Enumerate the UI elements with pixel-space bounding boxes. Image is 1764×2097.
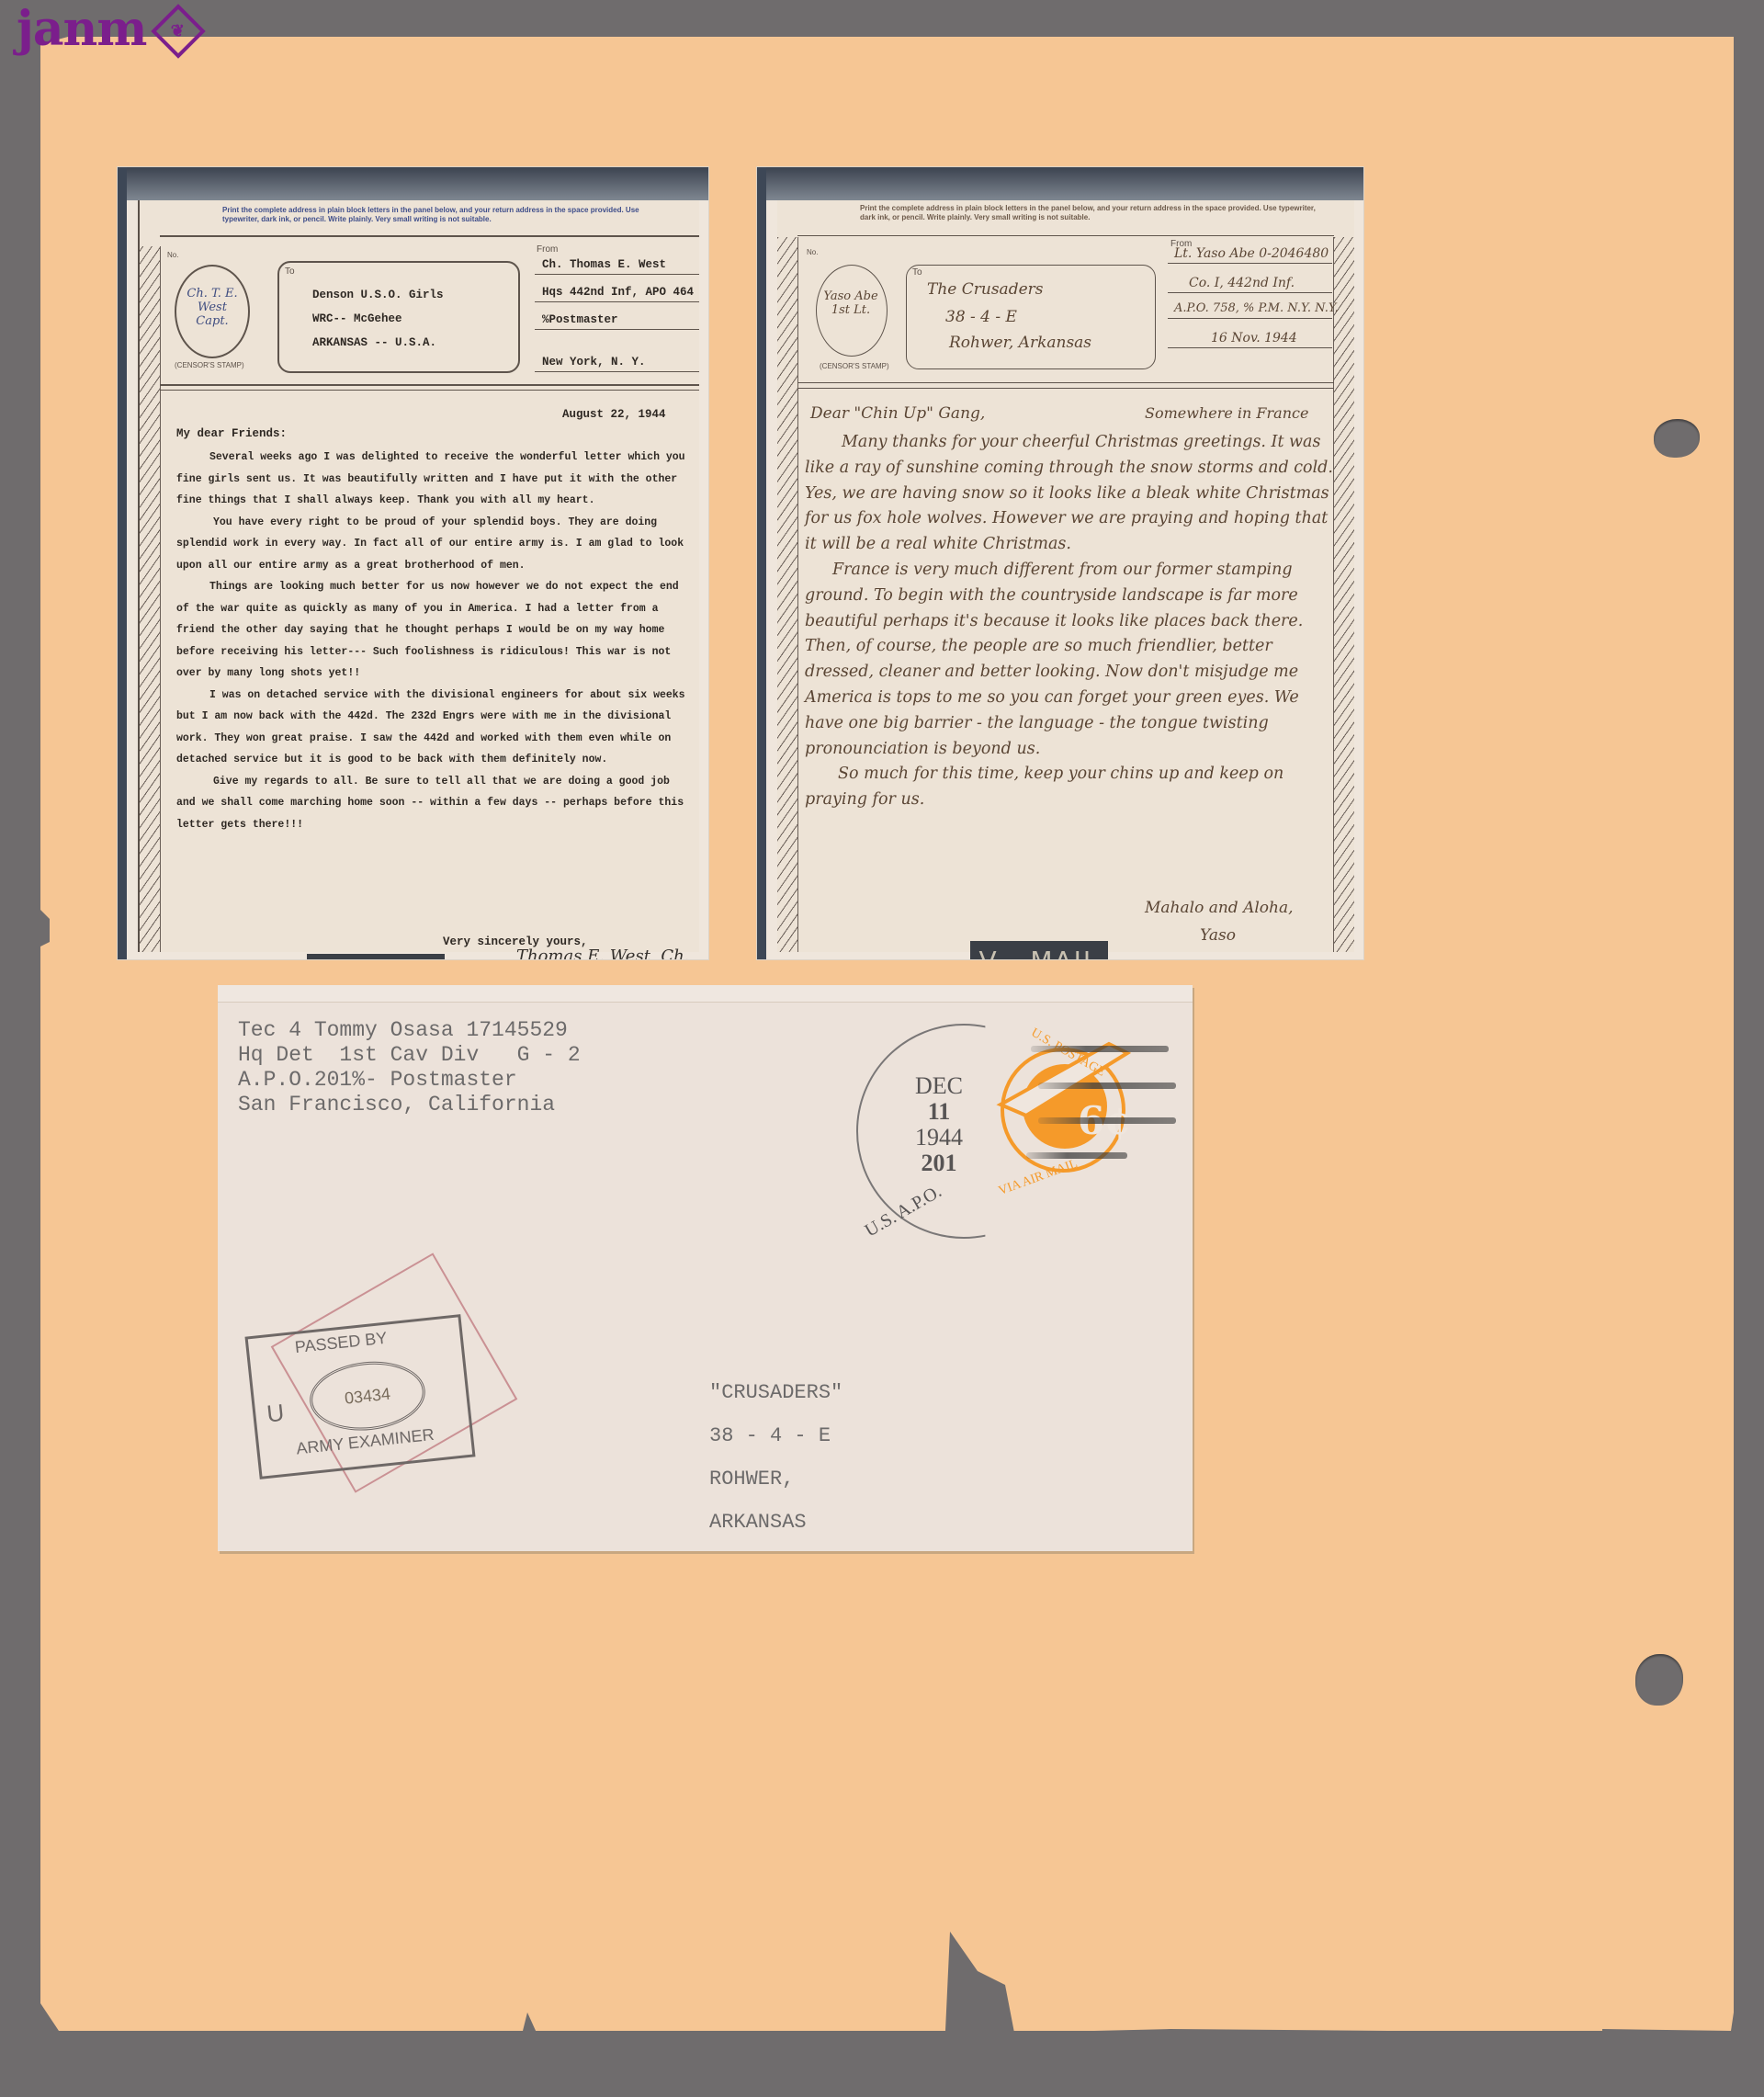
cancel-line: [1031, 1046, 1169, 1052]
from-date: 16 Nov. 1944: [1211, 331, 1297, 346]
punch-hole-upper: [1654, 419, 1700, 458]
vmail-badge: V---MAIL: [307, 954, 445, 959]
cancel-line: [1026, 1152, 1127, 1159]
from-apo: A.P.O. 758, % P.M. N.Y. N.Y.: [1174, 301, 1339, 315]
to-address-box: To Denson U.S.O. Girls WRC-- McGehee ARK…: [277, 261, 520, 373]
closing: Mahalo and Aloha,: [1145, 899, 1294, 917]
from-address: Hqs 442nd Inf, APO 464: [542, 286, 694, 299]
signature: Yaso: [1200, 926, 1236, 945]
censor-stamp-circle: Yaso Abe 1st Lt.: [816, 265, 888, 357]
from-city: New York, N. Y.: [542, 356, 646, 368]
no-label: No.: [167, 251, 178, 259]
salutation: My dear Friends:: [176, 427, 287, 440]
return-address: Tec 4 Tommy Osasa 17145529Hq Det 1st Cav…: [238, 1018, 581, 1117]
to-line-1: Denson U.S.O. Girls: [312, 289, 444, 301]
from-unit: Co. I, 442nd Inf.: [1189, 276, 1295, 290]
letter-body: Several weeks ago I was delighted to rec…: [176, 447, 691, 835]
to-line-3: Rohwer, Arkansas: [949, 334, 1091, 352]
to-address-box: To The Crusaders 38 - 4 - E Rohwer, Arka…: [906, 265, 1156, 369]
cancel-line: [1038, 1083, 1176, 1089]
location: Somewhere in France: [1145, 404, 1308, 422]
vmail-letter-abe: Print the complete address in plain bloc…: [757, 167, 1363, 959]
to-line-1: The Crusaders: [927, 280, 1044, 299]
censor-stamp-circle: Ch. T. E. West Capt.: [175, 265, 250, 358]
logo-wordmark: janm: [17, 6, 146, 53]
cancel-line: [1038, 1117, 1176, 1124]
censor-label: (CENSOR'S STAMP): [175, 361, 244, 369]
letter-date: August 22, 1944: [562, 408, 666, 421]
signature: Thomas E. West, Ch.: [516, 946, 689, 959]
postmark-date: DEC 11 1944 201: [898, 1073, 980, 1176]
to-line-2: 38 - 4 - E: [945, 308, 1017, 326]
from-postmaster: %Postmaster: [542, 313, 618, 326]
censor-mark: Yaso Abe 1st Lt.: [819, 289, 883, 317]
instructions-print: Print the complete address in plain bloc…: [222, 206, 663, 225]
army-examiner-stamp: PASSED BY U 03434 ARMY EXAMINER: [244, 1314, 475, 1479]
letter-body: Many thanks for your cheerful Christmas …: [805, 430, 1338, 813]
from-name: Lt. Yaso Abe 0-2046480: [1174, 246, 1329, 261]
recipient-address: "CRUSADERS"38 - 4 - EROHWER,ARKANSAS: [709, 1371, 842, 1544]
janm-logo[interactable]: janm ❦: [17, 6, 198, 53]
to-line-3: ARKANSAS -- U.S.A.: [312, 336, 436, 349]
from-name: Ch. Thomas E. West: [542, 258, 666, 271]
punch-hole-lower: [1635, 1654, 1683, 1706]
instructions-print: Print the complete address in plain bloc…: [860, 204, 1319, 223]
to-line-2: WRC-- McGehee: [312, 312, 402, 325]
vmail-letter-west: Print the complete address in plain bloc…: [118, 167, 708, 959]
censor-mark: Ch. T. E. West Capt.: [182, 287, 243, 328]
airmail-envelope: Tec 4 Tommy Osasa 17145529Hq Det 1st Cav…: [218, 985, 1193, 1551]
hatch-border: [140, 246, 161, 952]
vmail-badge: V---MAIL: [970, 941, 1108, 959]
salutation: Dear "Chin Up" Gang,: [810, 404, 985, 423]
janm-diamond-crest-icon: ❦: [152, 4, 206, 58]
